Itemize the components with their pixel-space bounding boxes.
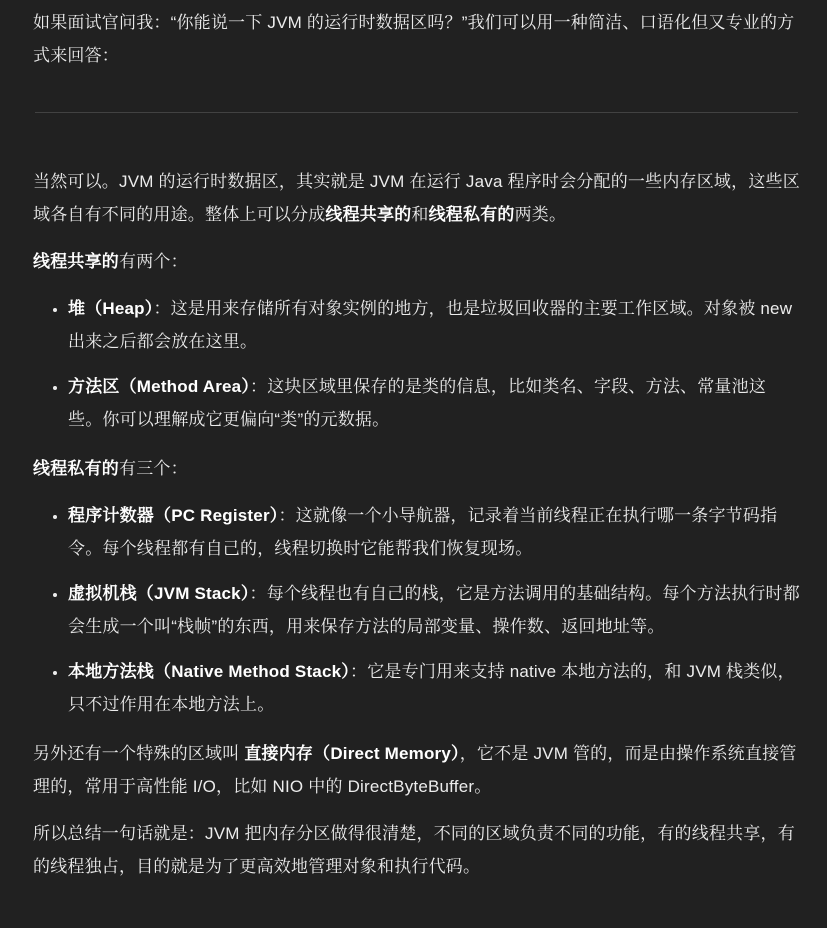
bold-text: 本地方法栈（Native Method Stack） xyxy=(68,662,350,681)
answer-section: 当然可以。JVM 的运行时数据区，其实就是 JVM 在运行 Java 程序时会分… xyxy=(33,165,800,883)
bold-text: 虚拟机栈（JVM Stack） xyxy=(68,584,250,603)
bold-text: 线程共享的 xyxy=(33,252,119,271)
list-item: 堆（Heap）：这是用来存储所有对象实例的地方，也是垃圾回收器的主要工作区域。对… xyxy=(68,292,800,358)
shared-section-label: 线程共享的有两个： xyxy=(33,245,800,278)
bold-text: 线程私有的 xyxy=(33,459,119,478)
list-item: 本地方法栈（Native Method Stack）：它是专门用来支持 nati… xyxy=(68,655,800,721)
text-run: 有两个： xyxy=(119,252,188,271)
text-run: 和 xyxy=(411,205,428,224)
text-run: 如果面试官问我：“你能说一下 JVM 的运行时数据区吗？”我们可以用一种简洁、口… xyxy=(33,13,794,65)
shared-areas-list: 堆（Heap）：这是用来存储所有对象实例的地方，也是垃圾回收器的主要工作区域。对… xyxy=(33,292,800,436)
divider xyxy=(35,112,798,113)
bold-text: 方法区（Method Area） xyxy=(68,377,250,396)
private-section-label: 线程私有的有三个： xyxy=(33,452,800,485)
bold-text: 线程私有的 xyxy=(429,205,515,224)
list-item: 程序计数器（PC Register）：这就像一个小导航器，记录着当前线程正在执行… xyxy=(68,499,800,565)
list-item: 虚拟机栈（JVM Stack）：每个线程也有自己的栈，它是方法调用的基础结构。每… xyxy=(68,577,800,643)
text-run: 两类。 xyxy=(515,205,567,224)
answer-intro-paragraph: 当然可以。JVM 的运行时数据区，其实就是 JVM 在运行 Java 程序时会分… xyxy=(33,165,800,231)
text-run: 另外还有一个特殊的区域叫 xyxy=(33,744,244,763)
private-areas-list: 程序计数器（PC Register）：这就像一个小导航器，记录着当前线程正在执行… xyxy=(33,499,800,721)
screen: 如果面试官问我：“你能说一下 JVM 的运行时数据区吗？”我们可以用一种简洁、口… xyxy=(0,0,827,928)
text-run: ：这是用来存储所有对象实例的地方，也是垃圾回收器的主要工作区域。对象被 new … xyxy=(68,299,792,351)
bold-text: 线程共享的 xyxy=(325,205,411,224)
summary-paragraph: 所以总结一句话就是：JVM 把内存分区做得很清楚，不同的区域负责不同的功能，有的… xyxy=(33,817,800,883)
text-run: 所以总结一句话就是：JVM 把内存分区做得很清楚，不同的区域负责不同的功能，有的… xyxy=(33,824,795,876)
text-run: 有三个： xyxy=(119,459,188,478)
list-item: 方法区（Method Area）：这块区域里保存的是类的信息，比如类名、字段、方… xyxy=(68,370,800,436)
bold-text: 堆（Heap） xyxy=(68,299,153,318)
direct-memory-paragraph: 另外还有一个特殊的区域叫 直接内存（Direct Memory），它不是 JVM… xyxy=(33,737,800,803)
question-paragraph: 如果面试官问我：“你能说一下 JVM 的运行时数据区吗？”我们可以用一种简洁、口… xyxy=(33,6,800,72)
bold-text: 程序计数器（PC Register） xyxy=(68,506,278,525)
bold-text: 直接内存（Direct Memory） xyxy=(244,744,459,763)
